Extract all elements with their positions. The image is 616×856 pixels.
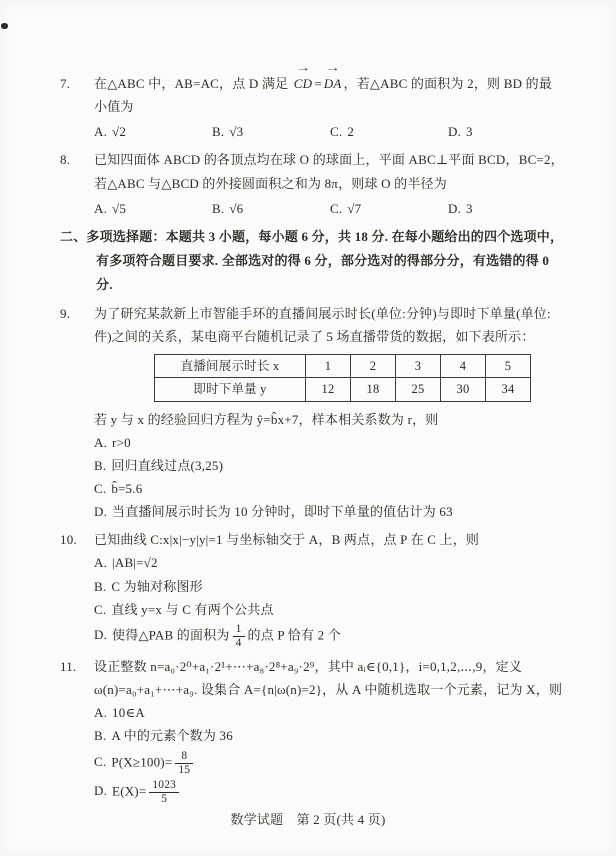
option-label: C. <box>94 481 106 496</box>
equals-sign: = <box>314 76 322 91</box>
option-text: 的点 P 恰有 2 个 <box>248 627 341 642</box>
option-c: C.直线 y=x 与 C 有两个公共点 <box>94 598 564 621</box>
option-text: r>0 <box>112 435 131 450</box>
fraction-numerator: 1 <box>233 623 245 637</box>
question-7: 7. 在△ABC 中，AB=AC，点 D 满足 CD=DA，若△ABC 的面积为… <box>60 72 564 143</box>
stem-text: 在△ABC 中，AB=AC，点 D 满足 <box>94 76 288 91</box>
option-a: A.√5 <box>94 197 212 220</box>
question-8: 8. 已知四面体 ABCD 的各顶点均在球 O 的球面上，平面 ABC⊥平面 B… <box>60 148 564 219</box>
question-7-stem: 在△ABC 中，AB=AC，点 D 满足 CD=DA，若△ABC 的面积为 2，… <box>94 72 564 118</box>
question-8-number: 8. <box>60 148 94 219</box>
option-text: √2 <box>112 124 126 139</box>
question-9-body: 为了研究某款新上市智能手环的直播间展示时长(单位:分钟)与即时下单量(单位:件)… <box>94 302 564 523</box>
option-label: D. <box>94 783 107 798</box>
option-text: 直线 y=x 与 C 有两个公共点 <box>111 602 273 617</box>
option-d: D.当直播间展示时长为 10 分钟时，即时下单量的值估计为 63 <box>94 500 564 523</box>
question-7-options: A.√2 B.√3 C.2 D.3 <box>94 120 564 143</box>
option-label: B. <box>212 201 224 216</box>
option-label: C. <box>94 602 106 617</box>
option-label: A. <box>94 705 107 720</box>
table-cell: 3 <box>396 355 441 378</box>
fraction-numerator: 8 <box>175 750 193 764</box>
option-label: B. <box>94 728 106 743</box>
section-2-header: 二、多项选择题：本题共 3 小题，每小题 6 分，共 18 分. 在每小题给出的… <box>60 225 564 297</box>
option-label: A. <box>94 124 107 139</box>
question-8-options: A.√5 B.√6 C.√7 D.3 <box>94 197 564 220</box>
data-table: 直播间展示时长 x 1 2 3 4 5 即时下单量 y 12 18 25 <box>154 354 531 402</box>
question-9: 9. 为了研究某款新上市智能手环的直播间展示时长(单位:分钟)与即时下单量(单位… <box>60 302 564 523</box>
fraction: 815 <box>175 750 193 777</box>
question-9-stem: 为了研究某款新上市智能手环的直播间展示时长(单位:分钟)与即时下单量(单位:件)… <box>94 302 564 348</box>
question-7-number: 7. <box>60 72 94 143</box>
option-label: A. <box>94 435 107 450</box>
option-text: 当直播间展示时长为 10 分钟时，即时下单量的值估计为 63 <box>112 504 453 519</box>
page-footer: 数学试题 第 2 页(共 4 页) <box>0 809 616 828</box>
question-8-stem: 已知四面体 ABCD 的各顶点均在球 O 的球面上，平面 ABC⊥平面 BCD，… <box>94 148 564 194</box>
option-text: √3 <box>229 124 243 139</box>
fraction-numerator: 1023 <box>149 779 179 793</box>
option-a: A.|AB|=√2 <box>94 551 564 574</box>
fraction: 10235 <box>149 779 179 806</box>
table-cell: 25 <box>396 378 441 401</box>
option-text: √7 <box>347 201 361 216</box>
table-row-x: 直播间展示时长 x 1 2 3 4 5 <box>155 355 531 378</box>
fraction: 14 <box>233 623 245 650</box>
question-9-stem2: 若 y 与 x 的经验回归方程为 ŷ=b̂x+7，样本相关系数为 r，则 <box>94 408 564 431</box>
scan-artifact-speck <box>1 23 8 29</box>
option-b: B.回归直线过点(3,25) <box>94 454 564 477</box>
option-text: √5 <box>112 201 126 216</box>
option-text: b̂=5.6 <box>111 481 142 496</box>
table-cell: 18 <box>351 378 396 401</box>
option-label: C. <box>94 754 106 769</box>
option-d: D.E(X)=10235 <box>94 779 564 806</box>
option-d: D.3 <box>448 197 473 220</box>
table-cell: 30 <box>441 378 486 401</box>
option-text: 回归直线过点(3,25) <box>111 458 223 473</box>
option-text: 10∈A <box>112 705 145 720</box>
option-label: C. <box>330 201 342 216</box>
option-d: D.3 <box>448 120 473 143</box>
option-b: B.A 中的元素个数为 36 <box>94 724 564 747</box>
option-label: A. <box>94 201 107 216</box>
question-7-body: 在△ABC 中，AB=AC，点 D 满足 CD=DA，若△ABC 的面积为 2，… <box>94 72 564 143</box>
option-text: 3 <box>466 201 473 216</box>
fraction-denominator: 5 <box>149 793 179 806</box>
option-label: C. <box>330 124 342 139</box>
page-content: 7. 在△ABC 中，AB=AC，点 D 满足 CD=DA，若△ABC 的面积为… <box>60 72 564 811</box>
option-c: C.P(X≥100)=815 <box>94 750 564 777</box>
option-c: C.b̂=5.6 <box>94 477 564 500</box>
option-label: D. <box>448 124 461 139</box>
option-text: √6 <box>229 201 243 216</box>
question-11-body: 设正整数 n=a₀·2⁰+a₁·2¹+⋯+a₈·2⁸+a₉·2⁹，其中 aᵢ∈{… <box>94 655 564 806</box>
question-10-stem: 已知曲线 C:x|x|−y|y|=1 与坐标轴交于 A，B 两点，点 P 在 C… <box>94 528 564 551</box>
option-b: B.√6 <box>212 197 330 220</box>
question-11: 11. 设正整数 n=a₀·2⁰+a₁·2¹+⋯+a₈·2⁸+a₉·2⁹，其中 … <box>60 655 564 806</box>
vector-cd: CD <box>294 72 312 95</box>
table-cell: 5 <box>486 355 531 378</box>
table-cell: 2 <box>351 355 396 378</box>
option-label: B. <box>212 124 224 139</box>
option-label: B. <box>94 579 106 594</box>
option-text: A 中的元素个数为 36 <box>111 728 233 743</box>
option-c: C.2 <box>330 120 448 143</box>
option-text: P(X≥100)= <box>111 754 172 769</box>
question-10-number: 10. <box>60 528 94 650</box>
option-text: |AB|=√2 <box>112 555 158 570</box>
option-d: D.使得△PAB 的面积为14的点 P 恰有 2 个 <box>94 623 564 650</box>
option-text: E(X)= <box>112 783 146 798</box>
option-text: 3 <box>466 124 473 139</box>
table-cell: 34 <box>486 378 531 401</box>
option-label: A. <box>94 555 107 570</box>
option-label: D. <box>94 627 107 642</box>
option-b: B.√3 <box>212 120 330 143</box>
option-text: C 为轴对称图形 <box>111 579 203 594</box>
question-8-body: 已知四面体 ABCD 的各顶点均在球 O 的球面上，平面 ABC⊥平面 BCD，… <box>94 148 564 219</box>
table-cell: 4 <box>441 355 486 378</box>
option-b: B.C 为轴对称图形 <box>94 575 564 598</box>
question-10: 10. 已知曲线 C:x|x|−y|y|=1 与坐标轴交于 A，B 两点，点 P… <box>60 528 564 650</box>
option-c: C.√7 <box>330 197 448 220</box>
table-cell: 直播间展示时长 x <box>155 355 306 378</box>
option-a: A.r>0 <box>94 431 564 454</box>
option-label: D. <box>94 504 107 519</box>
exam-page: 7. 在△ABC 中，AB=AC，点 D 满足 CD=DA，若△ABC 的面积为… <box>0 0 616 856</box>
question-10-body: 已知曲线 C:x|x|−y|y|=1 与坐标轴交于 A，B 两点，点 P 在 C… <box>94 528 564 650</box>
option-label: D. <box>448 201 461 216</box>
option-label: B. <box>94 458 106 473</box>
table-cell: 12 <box>306 378 351 401</box>
fraction-denominator: 4 <box>233 637 245 650</box>
question-11-stem: 设正整数 n=a₀·2⁰+a₁·2¹+⋯+a₈·2⁸+a₉·2⁹，其中 aᵢ∈{… <box>94 655 564 701</box>
vector-da: DA <box>324 72 342 95</box>
question-11-number: 11. <box>60 655 94 806</box>
table-cell: 1 <box>306 355 351 378</box>
option-text: 2 <box>347 124 354 139</box>
table-row-y: 即时下单量 y 12 18 25 30 34 <box>155 378 531 401</box>
option-a: A.10∈A <box>94 701 564 724</box>
table-cell: 即时下单量 y <box>155 378 306 401</box>
question-9-number: 9. <box>60 302 94 523</box>
fraction-denominator: 15 <box>175 764 193 777</box>
option-a: A.√2 <box>94 120 212 143</box>
option-text: 使得△PAB 的面积为 <box>112 627 230 642</box>
